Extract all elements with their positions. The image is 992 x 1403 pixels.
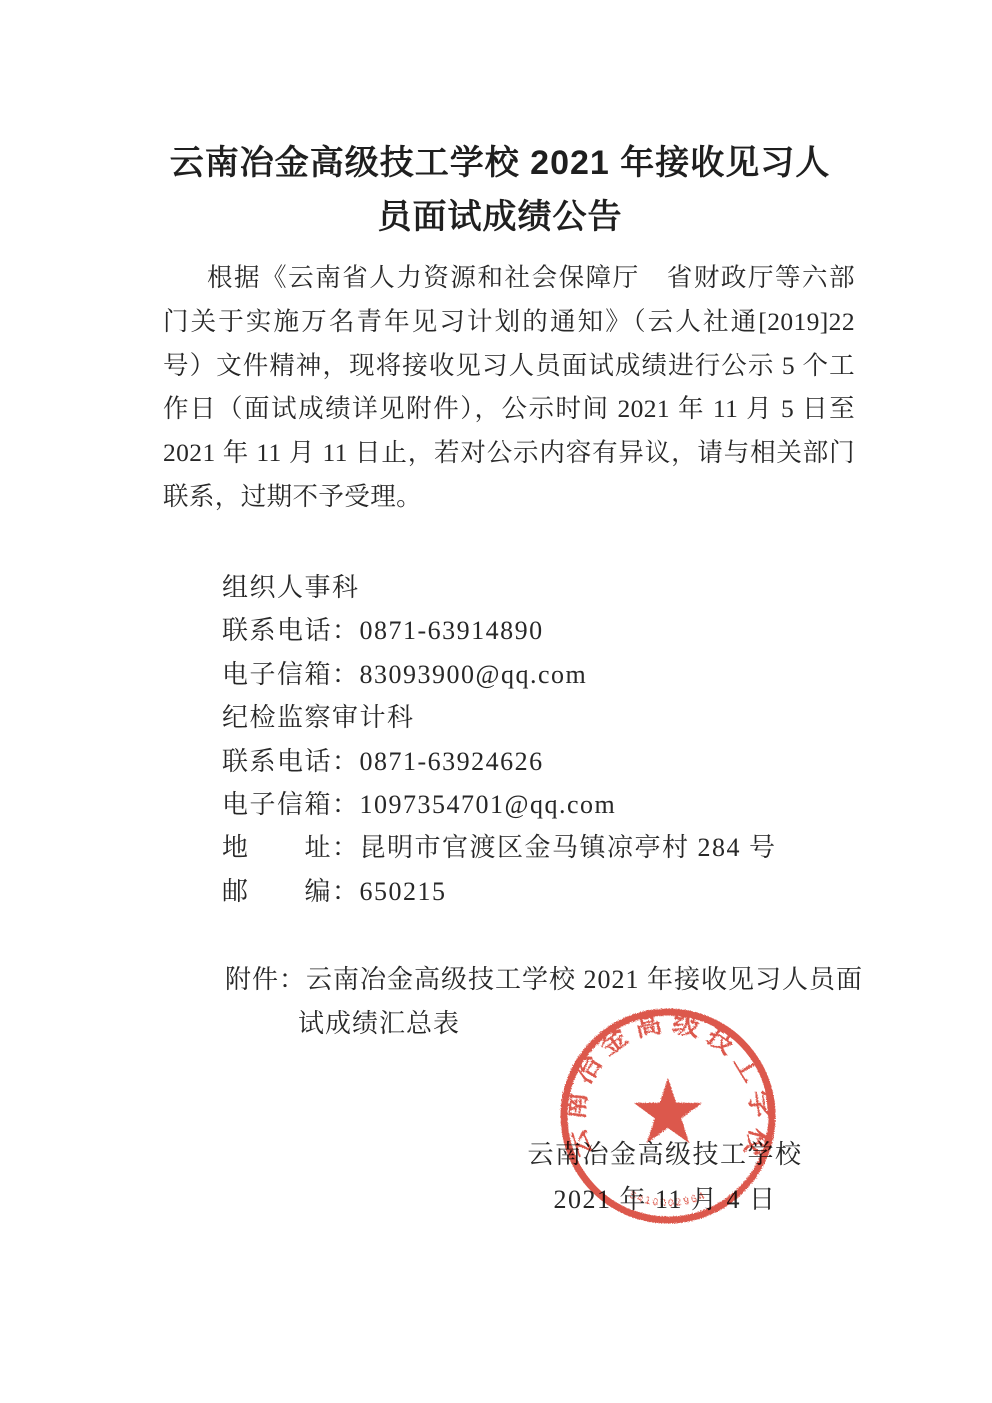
body-line: 号）文件精神，现将接收见习人员面试成绩进行公示 5 个工 [163,344,855,388]
dept2-phone: 联系电话：0871-63924626 [222,740,777,783]
attachment-line-1: 附件：云南冶金高级技工学校 2021 年接收见习人员面 [225,958,885,1002]
dept1-name: 组织人事科 [222,566,777,609]
document-page: 云南冶金高级技工学校 2021 年接收见习人 员面试成绩公告 根据《云南省人力资… [0,0,992,1403]
body-line: 2021 年 11 月 11 日止，若对公示内容有异议，请与相关部门 [163,431,855,475]
attachment-line-2: 试成绩汇总表 [298,1002,885,1046]
signature-block: 云南冶金高级技工学校 2021 年 11 月 4 日 [465,1132,865,1222]
body-line: 门关于实施万名青年见习计划的通知》（云人社通[2019]22 [163,300,855,344]
notice-title: 云南冶金高级技工学校 2021 年接收见习人 员面试成绩公告 [146,136,854,244]
postal-code-line: 邮 编：650215 [222,870,777,913]
address-line: 地 址：昆明市官渡区金马镇凉亭村 284 号 [222,826,777,869]
dept2-email: 电子信箱：1097354701@qq.com [222,783,777,826]
contact-info: 组织人事科 联系电话：0871-63914890 电子信箱：83093900@q… [222,566,777,913]
attachment-note: 附件：云南冶金高级技工学校 2021 年接收见习人员面 试成绩汇总表 [225,958,885,1046]
body-line: 根据《云南省人力资源和社会保障厅 省财政厅等六部 [163,256,855,300]
body-line: 联系，过期不予受理。 [163,475,855,519]
signature-organization: 云南冶金高级技工学校 [465,1132,865,1177]
notice-title-line-2: 员面试成绩公告 [146,190,854,244]
body-line: 作日（面试成绩详见附件），公示时间 2021 年 11 月 5 日至 [163,387,855,431]
notice-title-line-1: 云南冶金高级技工学校 2021 年接收见习人 [146,136,854,190]
dept1-phone: 联系电话：0871-63914890 [222,609,777,652]
notice-body: 根据《云南省人力资源和社会保障厅 省财政厅等六部 门关于实施万名青年见习计划的通… [163,256,855,519]
signature-date: 2021 年 11 月 4 日 [465,1177,865,1222]
dept2-name: 纪检监察审计科 [222,696,777,739]
dept1-email: 电子信箱：83093900@qq.com [222,653,777,696]
